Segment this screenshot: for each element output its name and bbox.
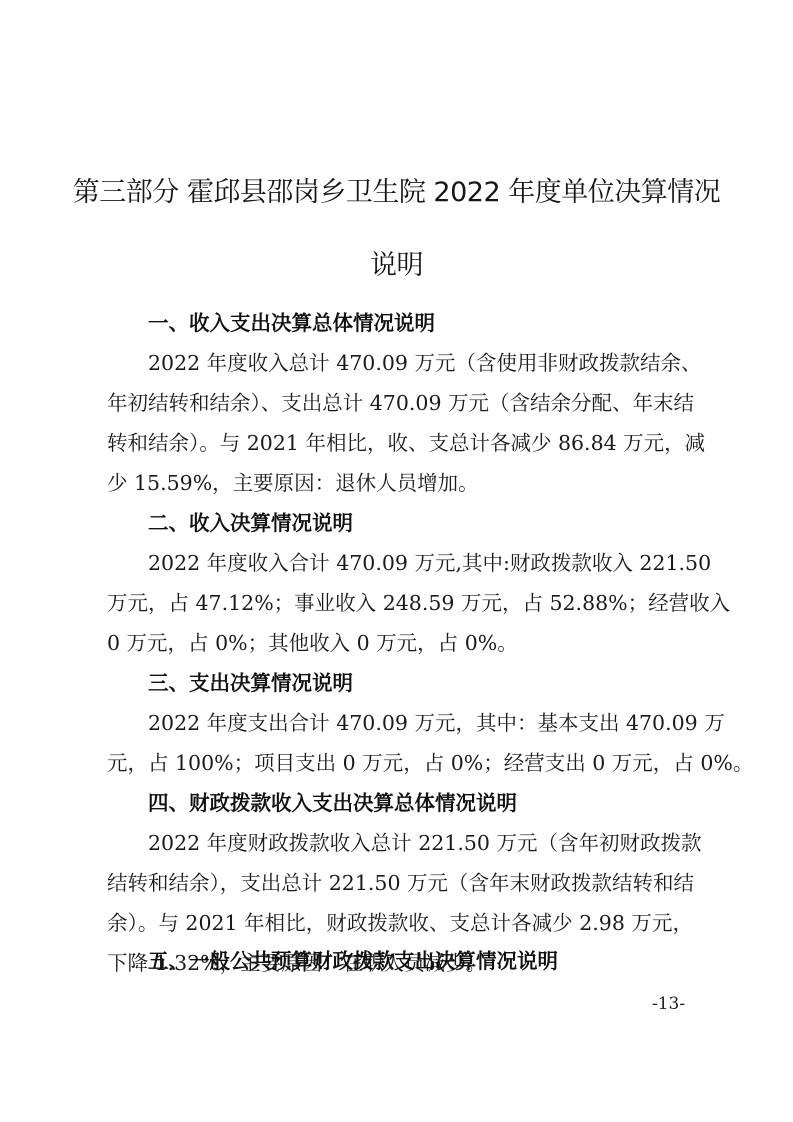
section-heading-5: 五、一般公共预算财政拨款支出决算情况说明: [148, 944, 558, 974]
paragraph-line: 少 15.59%，主要原因：退休人员增加。: [107, 466, 479, 496]
paragraph-line: 2022 年度收入合计 470.09 万元,其中:财政拨款收入 221.50: [148, 546, 693, 576]
paragraph-line: 转和结余）。与 2021 年相比，收、支总计各减少 86.84 万元，减: [107, 426, 693, 456]
document-title: 第三部分 霍邱县邵岗乡卫生院 2022 年度单位决算情况: [0, 170, 793, 209]
paragraph-line: 余）。与 2021 年相比，财政拨款收、支总计各减少 2.98 万元，: [107, 906, 693, 936]
page-number: -13-: [652, 994, 685, 1014]
section-heading-4: 四、财政拨款收入支出决算总体情况说明: [148, 786, 517, 816]
section-heading-1: 一、收入支出决算总体情况说明: [148, 306, 435, 336]
paragraph-line: 0 万元，占 0%；其他收入 0 万元，占 0%。: [107, 626, 518, 656]
paragraph-line: 2022 年度财政拨款收入总计 221.50 万元（含年初财政拨款: [148, 826, 693, 856]
paragraph-line: 结转和结余），支出总计 221.50 万元（含年末财政拨款结转和结: [107, 866, 693, 896]
section-heading-3: 三、支出决算情况说明: [148, 666, 353, 696]
paragraph-line: 元，占 100%；项目支出 0 万元，占 0%；经营支出 0 万元，占 0%。: [107, 746, 693, 776]
paragraph-line: 万元，占 47.12%；事业收入 248.59 万元，占 52.88%；经营收入: [107, 586, 693, 616]
paragraph-line: 2022 年度收入总计 470.09 万元（含使用非财政拨款结余、: [148, 346, 693, 376]
paragraph-line: 2022 年度支出合计 470.09 万元，其中：基本支出 470.09 万: [148, 706, 693, 736]
section-heading-2: 二、收入决算情况说明: [148, 506, 353, 536]
document-title-continuation: 说明: [0, 243, 793, 282]
paragraph-line: 年初结转和结余）、支出总计 470.09 万元（含结余分配、年末结: [107, 386, 693, 416]
